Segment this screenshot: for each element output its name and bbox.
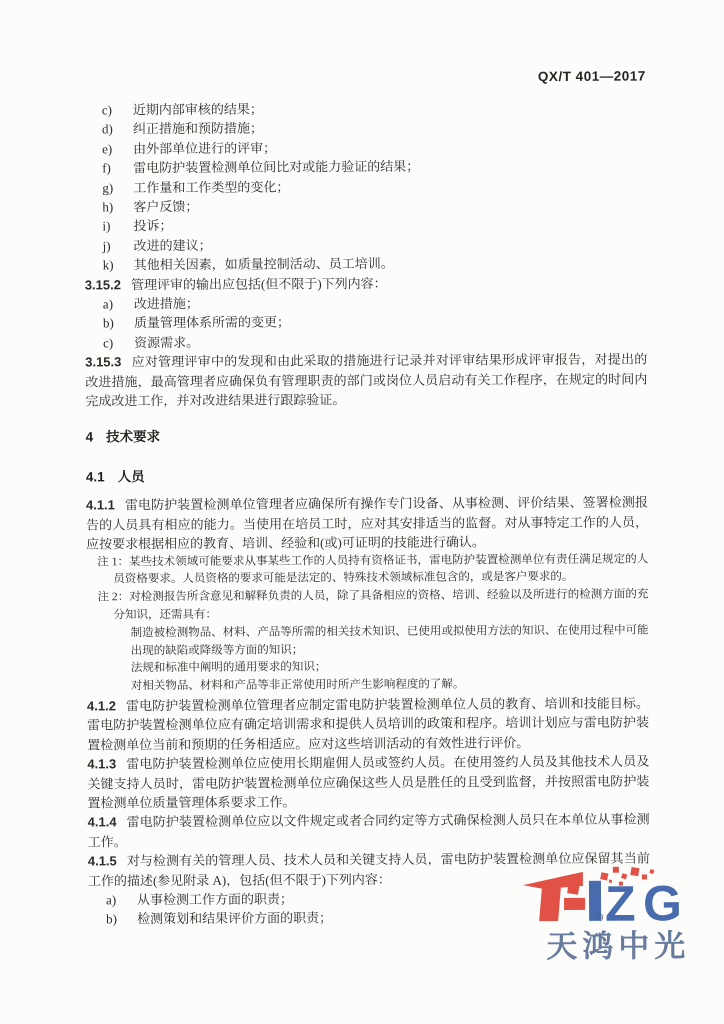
list-item-label: a) xyxy=(103,294,134,314)
list-item-text: 其他相关因素，如质量控制活动、员工培训。 xyxy=(134,253,647,275)
list-item-text: 质量管理体系所需的变更； xyxy=(134,311,647,333)
clause-number: 4.1.4 xyxy=(88,815,117,830)
list-item-label: b) xyxy=(103,314,134,334)
clause-text: 雷电防护装置检测单位应以文件规定或者合同约定等方式确保检测人员只在本单位从事检测… xyxy=(88,812,650,849)
clause-number: 4.1.5 xyxy=(88,853,117,868)
clause-text: 雷电防护装置检测单位管理者应确保所有操作专门设备、从事检测、评价结果、签署检测报… xyxy=(86,495,648,552)
note-label: 注 1： xyxy=(97,556,129,568)
list-item-text: 改进的建议； xyxy=(134,233,647,255)
note-text: 对检测报告所含意见和解释负责的人员，除了具备相应的资格、培训、经验以及所进行的检… xyxy=(114,589,649,622)
section-4-heading: 4技术要求 xyxy=(86,424,648,446)
clause-text: 应对管理评审中的发现和由此采取的措施进行记录并对评审结果形成评审报告，对提出的改… xyxy=(85,352,647,409)
note-text: 某些技术领域可能要求从事某些工作的人员持有资格证书，雷电防护装置检测单位有责任满… xyxy=(113,553,648,586)
watermark-logo: Z G 天鸿中光 xyxy=(519,866,717,962)
list-item-label: c) xyxy=(102,100,133,120)
clause-text: 雷电防护装置检测单位应使用长期雇佣人员或签约人员。在使用签约人员及其他技术人员及… xyxy=(87,754,649,811)
svg-text:G: G xyxy=(643,875,682,925)
note-label: 注 2： xyxy=(97,591,129,603)
clause-number: 3.15.3 xyxy=(85,355,121,370)
standard-number-header: QX/T 401—2017 xyxy=(84,69,646,87)
list-item-label: h) xyxy=(102,197,133,217)
clause-3-15-3: 3.15.3应对管理评审中的发现和由此采取的措施进行记录并对评审结果形成评审报告… xyxy=(85,350,647,411)
list-item-text: 资源需求。 xyxy=(134,330,647,352)
clause-4-1-3: 4.1.3雷电防护装置检测单位应使用长期雇佣人员或签约人员。在使用签约人员及其他… xyxy=(87,752,649,813)
list-item-text: 客户反馈； xyxy=(133,195,646,217)
list-item-text: 由外部单位进行的评审； xyxy=(133,136,646,158)
list-item-label: f) xyxy=(102,158,133,178)
brand-name: 天鸿中光 xyxy=(519,930,717,962)
clause-number: 4.1.3 xyxy=(87,756,116,771)
list-item-label: i) xyxy=(102,217,133,237)
thzg-logo-icon: Z G xyxy=(523,866,713,925)
list-item-label: g) xyxy=(102,178,133,198)
list-item-text: 工作量和工作类型的变化； xyxy=(133,175,646,197)
document-page: QX/T 401—2017 c)近期内部审核的结果； d)纠正措施和预防措施； … xyxy=(0,0,724,1024)
list-item-label: d) xyxy=(102,120,133,140)
list-item-text: 改进措施； xyxy=(134,292,647,314)
list-item-text: 投诉； xyxy=(133,214,646,236)
list-item-label: k) xyxy=(103,255,134,275)
notes-block: 注 1：某些技术领域可能要求从事某些工作的人员持有资格证书，雷电防护装置检测单位… xyxy=(86,551,649,696)
list-item-label: j) xyxy=(103,236,134,256)
list-item: k)其他相关因素，如质量控制活动、员工培训。 xyxy=(85,253,647,275)
clause-text: 管理评审的输出应包括(但不限于)下列内容： xyxy=(131,276,387,292)
list-item-label: e) xyxy=(102,139,133,159)
section-4-1-heading: 4.1人员 xyxy=(86,464,648,486)
clause-number: 4.1.2 xyxy=(87,698,116,713)
section-number: 4 xyxy=(86,429,94,444)
section-number: 4.1 xyxy=(86,469,105,484)
list-item-label: c) xyxy=(103,333,134,353)
clause-number: 3.15.2 xyxy=(85,277,121,292)
note-2-subitem: 制造被检测物品、材料、产品等所需的相关技术知识、已使用或拟使用方法的知识、在使用… xyxy=(131,622,649,660)
clause-4-1-1: 4.1.1雷电防护装置检测单位管理者应确保所有操作专门设备、从事检测、评价结果、… xyxy=(86,493,648,554)
list-item-label: b) xyxy=(106,910,137,930)
note-2: 注 2：对检测报告所含意见和解释负责的人员，除了具备相应的资格、培训、经验以及所… xyxy=(97,587,648,625)
document-body: c)近期内部审核的结果； d)纠正措施和预防措施； e)由外部单位进行的评审； … xyxy=(84,98,650,930)
clause-number: 4.1.1 xyxy=(86,498,115,513)
list-item-text: 近期内部审核的结果； xyxy=(133,98,646,120)
clause-4-1-2: 4.1.2雷电防护装置检测单位管理者应制定雷电防护装置检测单位人员的教育、培训和… xyxy=(87,693,649,754)
list-item-text: 雷电防护装置检测单位间比对或能力验证的结果； xyxy=(133,156,646,178)
section-title: 人员 xyxy=(118,469,145,484)
scanned-content: QX/T 401—2017 c)近期内部审核的结果； d)纠正措施和预防措施； … xyxy=(0,0,724,1024)
list-item-label: a) xyxy=(106,890,137,910)
clause-text: 雷电防护装置检测单位管理者应制定雷电防护装置检测单位人员的教育、培训和技能目标。… xyxy=(87,695,649,752)
note-1: 注 1：某些技术领域可能要求从事某些工作的人员持有资格证书，雷电防护装置检测单位… xyxy=(97,551,648,589)
list-item-text: 纠正措施和预防措施； xyxy=(133,117,646,139)
section-title: 技术要求 xyxy=(106,429,160,444)
clause-4-1-4: 4.1.4雷电防护装置检测单位应以文件规定或者合同约定等方式确保检测人员只在本单… xyxy=(88,810,650,852)
